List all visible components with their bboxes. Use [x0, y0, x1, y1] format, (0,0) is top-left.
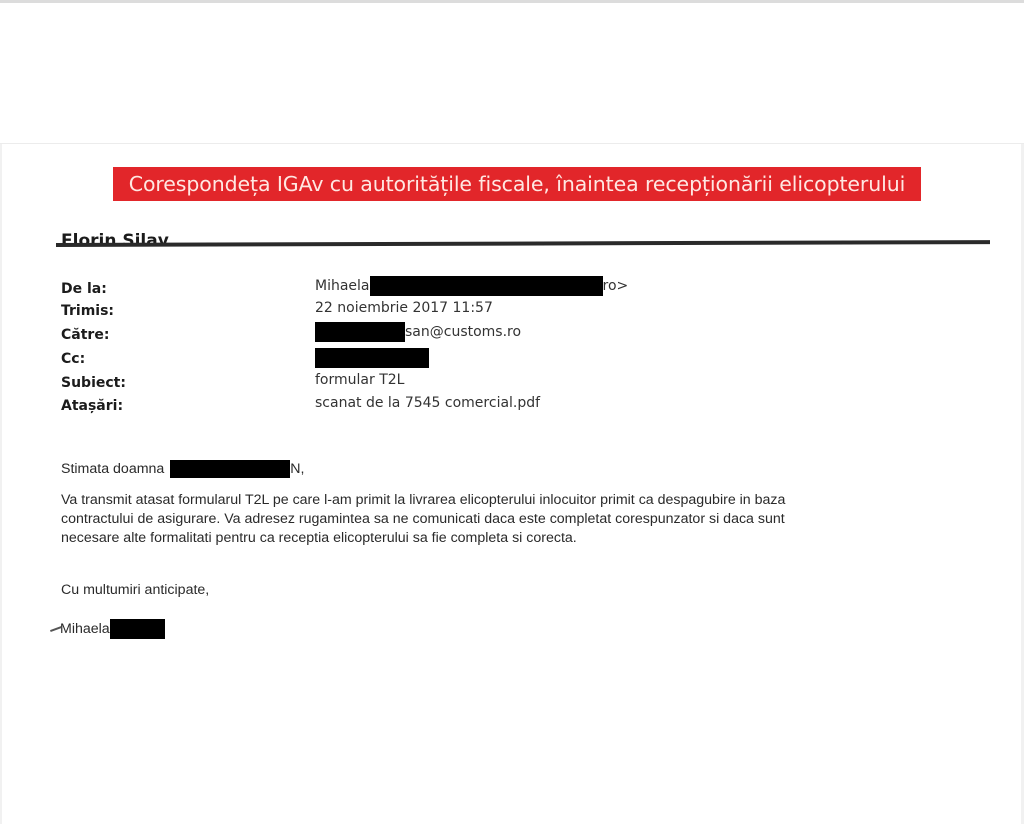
from-label: De la: — [61, 281, 107, 297]
greeting-suffix: N, — [290, 461, 304, 477]
redaction-block — [110, 619, 165, 639]
to-email-suffix: san@customs.ro — [405, 324, 521, 340]
redaction-block — [370, 276, 603, 296]
sent-value: 22 noiembrie 2017 11:57 — [315, 300, 493, 316]
to-label: Către: — [61, 327, 109, 343]
attachment-filename[interactable]: scanat de la 7545 comercial.pdf — [315, 395, 540, 411]
paragraph-line: Va transmit atasat formularul T2L pe car… — [61, 491, 981, 510]
greeting-text: Stimata doamna — [61, 461, 164, 477]
closing: Cu multumiri anticipate, — [61, 581, 209, 600]
greeting: Stimata doamna N, — [61, 460, 304, 479]
signature: Mihaela — [50, 619, 165, 639]
redaction-block — [315, 322, 405, 342]
redaction-block — [170, 460, 290, 478]
paragraph-line: necesare alte formalitati pentru ca rece… — [61, 529, 981, 548]
article-caption-banner: Corespondeța IGAv cu autoritățile fiscal… — [113, 167, 921, 201]
redaction-block — [315, 348, 429, 368]
sent-label: Trimis: — [61, 303, 114, 319]
subject-value: formular T2L — [315, 372, 404, 388]
from-domain-suffix: ro> — [603, 278, 629, 294]
to-value: san@customs.ro — [315, 322, 521, 342]
paragraph-line: contractului de asigurare. Va adresez ru… — [61, 510, 981, 529]
mailbox-owner-name: Florin Silav — [61, 231, 169, 251]
message-paragraph: Va transmit atasat formularul T2L pe car… — [61, 491, 981, 548]
signature-name: Mihaela — [60, 621, 110, 637]
from-value: Mihaelaro> — [315, 276, 628, 296]
from-name: Mihaela — [315, 278, 370, 294]
subject-label: Subiect: — [61, 375, 126, 391]
cc-value — [315, 348, 429, 368]
cc-label: Cc: — [61, 351, 85, 367]
top-border — [0, 0, 1024, 3]
attachments-label: Atașări: — [61, 398, 123, 414]
